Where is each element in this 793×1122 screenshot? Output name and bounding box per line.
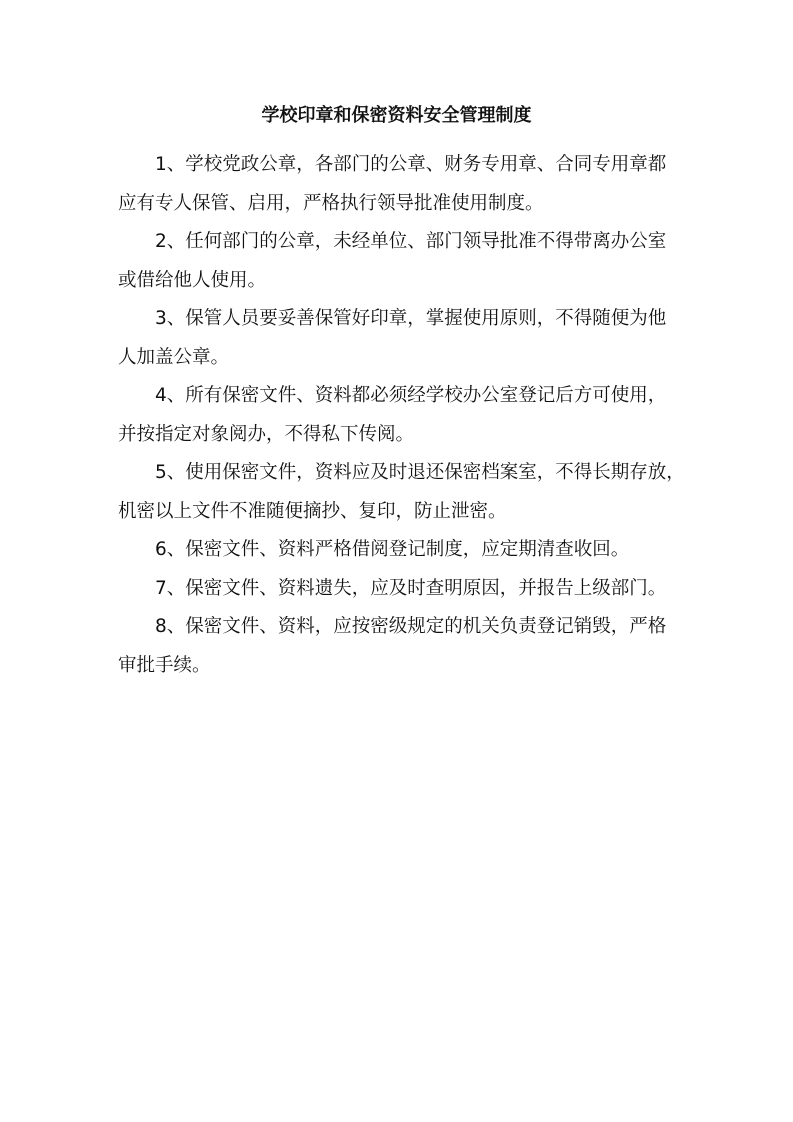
paragraph-line: 3、保管人员要妥善保管好印章，掌握使用原则，不得随便为他 [118,300,678,339]
paragraph-line: 1、学校党政公章，各部门的公章、财务专用章、合同专用章都 [118,146,678,185]
paragraph-3: 3、保管人员要妥善保管好印章，掌握使用原则，不得随便为他 人加盖公章。 [118,300,678,377]
paragraph-8: 8、保密文件、资料，应按密级规定的机关负责登记销毁，严格 审批手续。 [118,608,678,685]
paragraph-line: 7、保密文件、资料遗失，应及时查明原因，并报告上级部门。 [118,570,678,609]
document-title: 学校印章和保密资料安全管理制度 [0,104,793,128]
paragraph-line: 4、所有保密文件、资料都必须经学校办公室登记后方可使用， [118,377,678,416]
paragraph-line: 5、使用保密文件，资料应及时退还保密档案室，不得长期存放， [118,454,678,493]
paragraph-5: 5、使用保密文件，资料应及时退还保密档案室，不得长期存放， 机密以上文件不准随便… [118,454,678,531]
document-page: 学校印章和保密资料安全管理制度 1、学校党政公章，各部门的公章、财务专用章、合同… [0,0,793,1122]
paragraph-line: 审批手续。 [118,647,678,686]
paragraph-1: 1、学校党政公章，各部门的公章、财务专用章、合同专用章都 应有专人保管、启用，严… [118,146,678,223]
paragraph-line: 或借给他人使用。 [118,262,678,301]
paragraph-line: 并按指定对象阅办，不得私下传阅。 [118,416,678,455]
paragraph-line: 6、保密文件、资料严格借阅登记制度，应定期清查收回。 [118,531,678,570]
paragraph-7: 7、保密文件、资料遗失，应及时查明原因，并报告上级部门。 [118,570,678,609]
paragraph-4: 4、所有保密文件、资料都必须经学校办公室登记后方可使用， 并按指定对象阅办，不得… [118,377,678,454]
paragraph-line: 8、保密文件、资料，应按密级规定的机关负责登记销毁，严格 [118,608,678,647]
paragraph-6: 6、保密文件、资料严格借阅登记制度，应定期清查收回。 [118,531,678,570]
paragraph-2: 2、任何部门的公章，未经单位、部门领导批准不得带离办公室 或借给他人使用。 [118,223,678,300]
paragraph-line: 应有专人保管、启用，严格执行领导批准使用制度。 [118,185,678,224]
paragraph-line: 人加盖公章。 [118,339,678,378]
paragraph-line: 机密以上文件不准随便摘抄、复印，防止泄密。 [118,493,678,532]
document-body: 1、学校党政公章，各部门的公章、财务专用章、合同专用章都 应有专人保管、启用，严… [118,146,678,685]
paragraph-line: 2、任何部门的公章，未经单位、部门领导批准不得带离办公室 [118,223,678,262]
